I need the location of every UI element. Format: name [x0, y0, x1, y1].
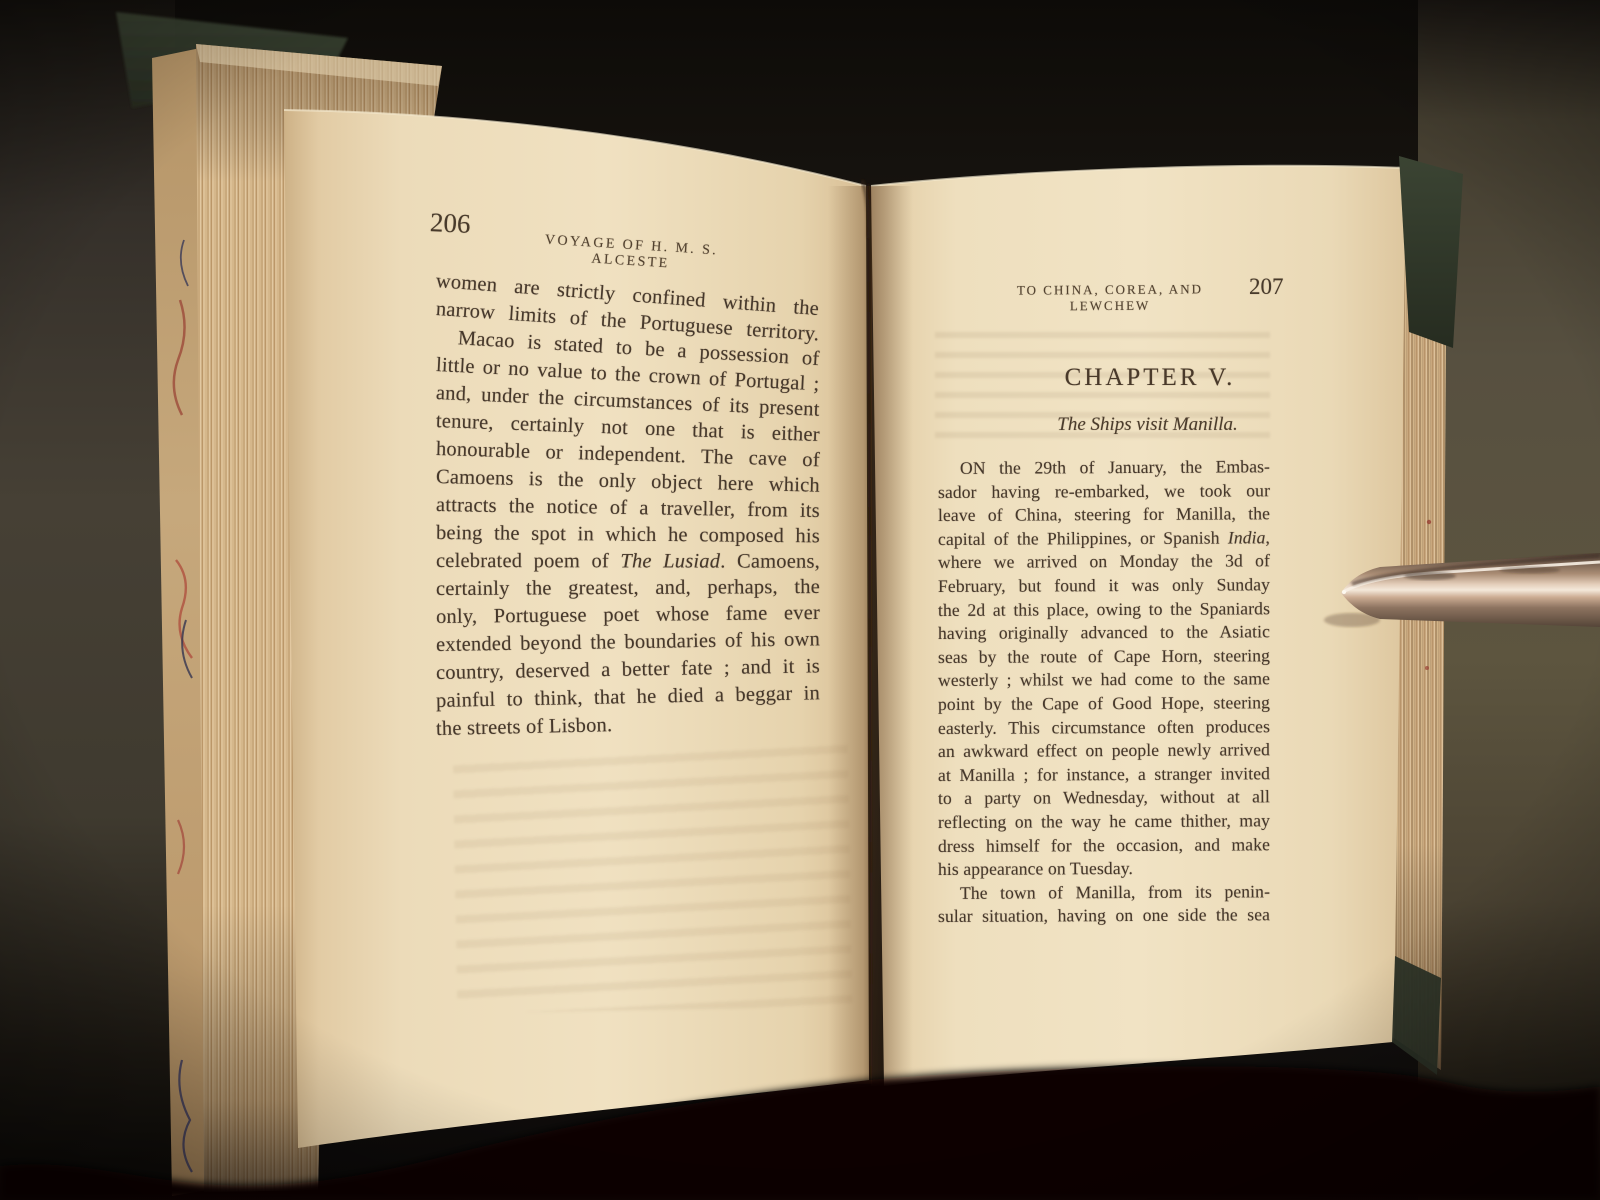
- text-line: point by the Cape of Good Hope, steering: [938, 691, 1270, 715]
- text-line: leave of China, steering for Manilla, th…: [938, 502, 1270, 526]
- text-line: the 2d at this place, owing to the Spani…: [938, 597, 1270, 621]
- text-line: to a party on Wednesday, without at all: [938, 785, 1270, 809]
- text-line: dress himself for the occasion, and make: [938, 833, 1270, 857]
- text-line: westerly ; whilst we had come to the sam…: [938, 667, 1270, 691]
- text-line: his appearance on Tuesday.: [938, 856, 1270, 880]
- text-line: only, Portuguese poet whose fame ever: [436, 600, 820, 630]
- text-line: sador having re-embarked, we took our: [938, 479, 1270, 503]
- text-line: capital of the Philippines, or Spanish I…: [938, 526, 1270, 550]
- right-running-header: TO CHINA, COREA, AND LEWCHEW: [990, 281, 1230, 315]
- left-page-number: 206: [429, 207, 471, 240]
- text-line: an awkward effect on people newly arrive…: [938, 738, 1270, 762]
- text-line: sular situation, having on one side the …: [938, 903, 1270, 927]
- text-line: having originally advanced to the Asiati…: [938, 620, 1270, 644]
- text-line: celebrated poem of The Lusiad. Camoens,: [436, 548, 820, 575]
- text-line: The town of Manilla, from its penin-: [938, 880, 1270, 904]
- book-photograph: 206 VOYAGE OF H. M. S. ALCESTE women are…: [0, 0, 1600, 1200]
- chapter-heading: CHAPTER V.: [1040, 364, 1260, 392]
- text-line: ON the 29th of January, the Embas-: [938, 455, 1270, 479]
- text-line: easterly. This circumstance often produc…: [938, 715, 1270, 739]
- text-line: being the spot in which he composed his: [436, 520, 820, 549]
- text-line: certainly the greatest, and, perhaps, th…: [436, 574, 820, 602]
- right-page-number: 207: [1249, 274, 1284, 300]
- text-line: where we arrived on Monday the 3d of: [938, 549, 1270, 573]
- text-line: reflecting on the way he came thither, m…: [938, 809, 1270, 833]
- text-line: seas by the route of Cape Horn, steering: [938, 644, 1270, 668]
- chapter-subtitle: The Ships visit Manilla.: [1015, 414, 1280, 436]
- text-line: at Manilla ; for instance, a stranger in…: [938, 762, 1270, 786]
- text-line: February, but found it was only Sunday: [938, 573, 1270, 597]
